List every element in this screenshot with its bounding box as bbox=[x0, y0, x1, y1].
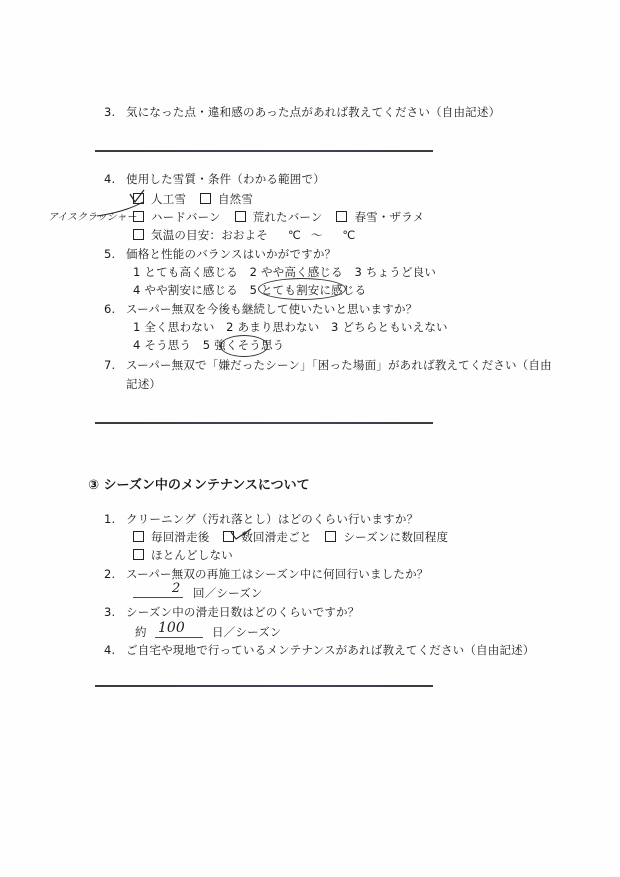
price-options-row1: 1 とても高く感じる 2 やや高く感じる 3 ちょうど良い bbox=[133, 265, 436, 279]
option-3[interactable]: どちらともいえない bbox=[342, 320, 447, 334]
ski-days-prefix: 約 bbox=[135, 625, 147, 639]
question-text: 使用した雪質・条件（わかる範囲で） bbox=[126, 172, 325, 186]
question-text: スーパー無双の再施工はシーズン中に何回行いましたか？ bbox=[126, 567, 428, 581]
question-number: 4. bbox=[104, 643, 126, 657]
option-2[interactable]: あまり思わない bbox=[238, 320, 320, 334]
option-1[interactable]: とても高く感じる bbox=[144, 265, 238, 279]
continue-options-row1: 1 全く思わない 2 あまり思わない 3 どちらともいえない bbox=[133, 320, 448, 334]
option-number: 4 bbox=[133, 283, 141, 297]
selection-circle bbox=[220, 335, 268, 357]
selection-circle bbox=[258, 278, 346, 300]
question-text: シーズン中の滑走日数はどのくらいですか？ bbox=[126, 605, 359, 619]
option-label: 荒れたバーン bbox=[253, 210, 323, 224]
question-number: 2. bbox=[104, 567, 126, 581]
question-number: 5. bbox=[104, 247, 126, 261]
slope-condition-options: ハードバーン 荒れたバーン 春雪・ザラメ bbox=[133, 210, 424, 224]
question-text: ご自宅や現地で行っているメンテナンスがあれば教えてください（自由記述） bbox=[126, 643, 535, 657]
checkbox-natural-snow[interactable] bbox=[200, 193, 211, 204]
reapply-unit: 回／シーズン bbox=[193, 586, 263, 600]
option-label: シーズンに数回程度 bbox=[343, 530, 448, 544]
temperature-unit: ℃ bbox=[288, 228, 301, 242]
reapply-count-answer[interactable]: 2 bbox=[172, 581, 180, 596]
option-number: 3 bbox=[354, 265, 362, 279]
maintenance-question-1: 1.クリーニング（汚れ落とし）はどのくらい行いますか？ bbox=[104, 512, 418, 526]
question-6: 6.スーパー無双を今後も継続して使いたいと思いますか？ bbox=[104, 302, 417, 316]
section-title: シーズン中のメンテナンスについて bbox=[104, 478, 310, 493]
option-number: 1 bbox=[133, 320, 141, 334]
option-label: 毎回滑走後 bbox=[151, 530, 210, 544]
answer-line-maintenance[interactable] bbox=[95, 685, 433, 687]
option-4[interactable]: やや割安に感じる bbox=[144, 283, 238, 297]
temperature-unit: ℃ bbox=[342, 228, 355, 242]
checkbox-every-run[interactable] bbox=[133, 531, 144, 542]
maintenance-question-2: 2.スーパー無双の再施工はシーズン中に何回行いましたか？ bbox=[104, 567, 428, 581]
temperature-option: 気温の目安：おおよそ ℃ ～ ℃ bbox=[133, 228, 356, 242]
checkbox-spring-snow[interactable] bbox=[336, 211, 347, 222]
maintenance-question-3: 3.シーズン中の滑走日数はどのくらいですか？ bbox=[104, 605, 359, 619]
question-text: 気になった点・違和感のあった点があれば教えてください（自由記述） bbox=[126, 105, 500, 119]
checkbox-few-per-season[interactable] bbox=[325, 531, 336, 542]
question-7: 7.スーパー無双で「嫌だったシーン」「困った場面」があれば教えてください（自由 bbox=[104, 358, 552, 372]
cleaning-options-row1: 毎回滑走後 数回滑走ごと シーズンに数回程度 bbox=[133, 530, 448, 544]
option-number: 4 bbox=[133, 338, 141, 352]
question-number: 4. bbox=[104, 172, 126, 186]
answer-underline bbox=[155, 637, 203, 638]
maintenance-question-4: 4.ご自宅や現地で行っているメンテナンスがあれば教えてください（自由記述） bbox=[104, 643, 535, 657]
checkbox-rough-burn[interactable] bbox=[235, 211, 246, 222]
option-1[interactable]: 全く思わない bbox=[144, 320, 214, 334]
question-4: 4.使用した雪質・条件（わかる範囲で） bbox=[104, 172, 325, 186]
question-number: 3. bbox=[104, 105, 126, 119]
ski-days-answer[interactable]: 100 bbox=[158, 620, 185, 636]
handwritten-checkmark-icon bbox=[229, 526, 255, 542]
option-label: 春雪・ザラメ bbox=[354, 210, 424, 224]
question-text: スーパー無双を今後も継続して使いたいと思いますか？ bbox=[126, 302, 417, 316]
question-number: 3. bbox=[104, 605, 126, 619]
option-4[interactable]: そう思う bbox=[144, 338, 191, 352]
ski-days-unit: 日／シーズン bbox=[212, 625, 282, 639]
section-marker: ③ bbox=[88, 478, 99, 493]
question-3: 3.気になった点・違和感のあった点があれば教えてください（自由記述） bbox=[104, 105, 500, 119]
option-label: ほとんどしない bbox=[151, 548, 233, 562]
tilde: ～ bbox=[311, 228, 323, 242]
option-number: 3 bbox=[331, 320, 339, 334]
question-text: 価格と性能のバランスはいかがですか？ bbox=[126, 247, 336, 261]
cleaning-options-row2: ほとんどしない bbox=[133, 548, 233, 562]
handwritten-note: アイスクラッシャー bbox=[48, 208, 137, 223]
option-number: 5 bbox=[250, 283, 258, 297]
option-number: 1 bbox=[133, 265, 141, 279]
option-number: 2 bbox=[226, 320, 234, 334]
answer-line-q3[interactable] bbox=[95, 150, 433, 152]
question-text: クリーニング（汚れ落とし）はどのくらい行いますか？ bbox=[126, 512, 418, 526]
question-number: 6. bbox=[104, 302, 126, 316]
checkbox-temperature[interactable] bbox=[133, 229, 144, 240]
question-text: スーパー無双で「嫌だったシーン」「困った場面」があれば教えてください（自由 bbox=[126, 358, 552, 372]
question-number: 1. bbox=[104, 512, 126, 526]
option-2[interactable]: やや高く感じる bbox=[261, 265, 343, 279]
question-5: 5.価格と性能のバランスはいかがですか？ bbox=[104, 247, 336, 261]
option-number: 5 bbox=[203, 338, 211, 352]
option-3[interactable]: ちょうど良い bbox=[366, 265, 436, 279]
option-label: 自然雪 bbox=[218, 192, 253, 206]
answer-line-q7[interactable] bbox=[95, 422, 433, 424]
temperature-label: 気温の目安：おおよそ bbox=[151, 228, 268, 242]
answer-underline bbox=[133, 597, 183, 598]
checkbox-rarely[interactable] bbox=[133, 549, 144, 560]
section-heading: ③ シーズン中のメンテナンスについて bbox=[88, 478, 310, 494]
question-number: 7. bbox=[104, 358, 126, 372]
question-7-continued: 記述） bbox=[126, 377, 161, 391]
option-label: ハードバーン bbox=[151, 210, 221, 224]
option-number: 2 bbox=[250, 265, 258, 279]
